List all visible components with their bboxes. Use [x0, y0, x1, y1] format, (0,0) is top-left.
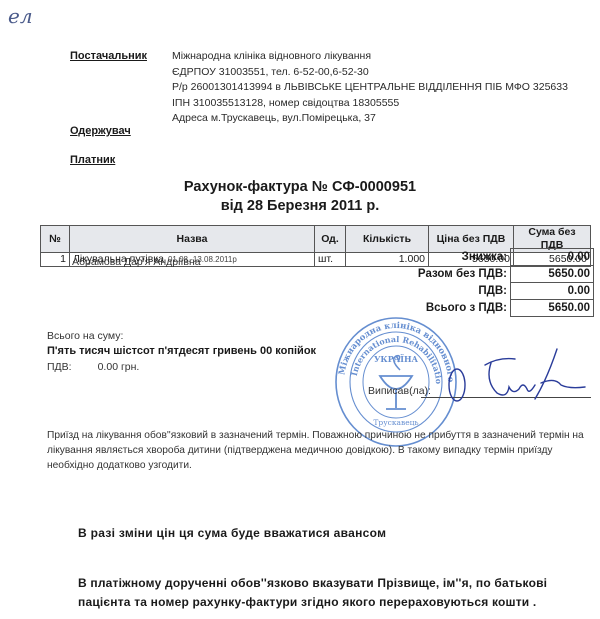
vat-summary-value: 0.00 грн. — [98, 361, 140, 373]
signature — [445, 345, 595, 405]
totals-table: Знижка: 0.00 Разом без ПДВ: 5650.00 ПДВ:… — [380, 248, 594, 317]
arrival-note: Приїзд на лікування обов''язковий в зазн… — [47, 428, 592, 473]
col-name: Назва — [70, 226, 315, 253]
subtotal-label: Разом без ПДВ: — [380, 266, 511, 283]
row-unit: шт. — [315, 253, 346, 267]
advance-note: В разі зміни цін ця сума буде вважатися … — [78, 526, 386, 540]
vat-summary: ПДВ:0.00 грн. — [47, 361, 139, 373]
recipient-label: Одержувач — [70, 125, 131, 137]
supplier-account: Р/р 26001301413994 в ЛЬВІВСЬКЕ ЦЕНТРАЛЬН… — [172, 80, 568, 96]
vat-label: ПДВ: — [380, 283, 511, 300]
vat-summary-label: ПДВ: — [47, 361, 72, 373]
supplier-details: Міжнародна клініка відновного лікування … — [172, 49, 568, 127]
sum-in-words-label: Всього на суму: — [47, 330, 123, 342]
supplier-address: Адреса м.Трускавець, вул.Помірецька, 37 — [172, 111, 568, 127]
totals-row-discount: Знижка: 0.00 — [380, 249, 594, 266]
discount-value: 0.00 — [511, 249, 594, 266]
sum-in-words: П'ять тисяч шістсот п'ятдесят гривень 00… — [47, 345, 316, 357]
handwritten-mark: ел — [8, 4, 33, 28]
supplier-label: Постачальник — [70, 50, 147, 62]
col-unit: Од. — [315, 226, 346, 253]
payment-note: В платіжному дорученні обов''язково вказ… — [78, 574, 598, 612]
subtotal-value: 5650.00 — [511, 266, 594, 283]
totals-row-vat: ПДВ: 0.00 — [380, 283, 594, 300]
patient-name: Абрамова Дар'я Андріївна — [72, 256, 201, 268]
row-number: 1 — [41, 253, 70, 267]
supplier-ipn: ІПН 310035513128, номер свідоцтва 183055… — [172, 96, 568, 112]
stamp-city: Трускавець — [373, 418, 418, 427]
supplier-edrpou: ЄДРПОУ 31003551, тел. 6-52-00,6-52-30 — [172, 65, 568, 81]
total-value: 5650.00 — [511, 300, 594, 317]
payer-label: Платник — [70, 154, 115, 166]
invoice-heading: Рахунок-фактура № СФ-0000951 від 28 Бере… — [0, 178, 600, 216]
discount-label: Знижка: — [380, 249, 511, 266]
invoice-title: Рахунок-фактура № СФ-0000951 — [0, 178, 600, 197]
signed-by-label: Виписав(ла): — [368, 385, 431, 397]
col-number: № — [41, 226, 70, 253]
stamp-country: УКРАЇНА — [374, 354, 419, 364]
totals-row-subtotal: Разом без ПДВ: 5650.00 — [380, 266, 594, 283]
supplier-name: Міжнародна клініка відновного лікування — [172, 49, 568, 65]
vat-value: 0.00 — [511, 283, 594, 300]
invoice-date: від 28 Березня 2011 р. — [0, 197, 600, 216]
